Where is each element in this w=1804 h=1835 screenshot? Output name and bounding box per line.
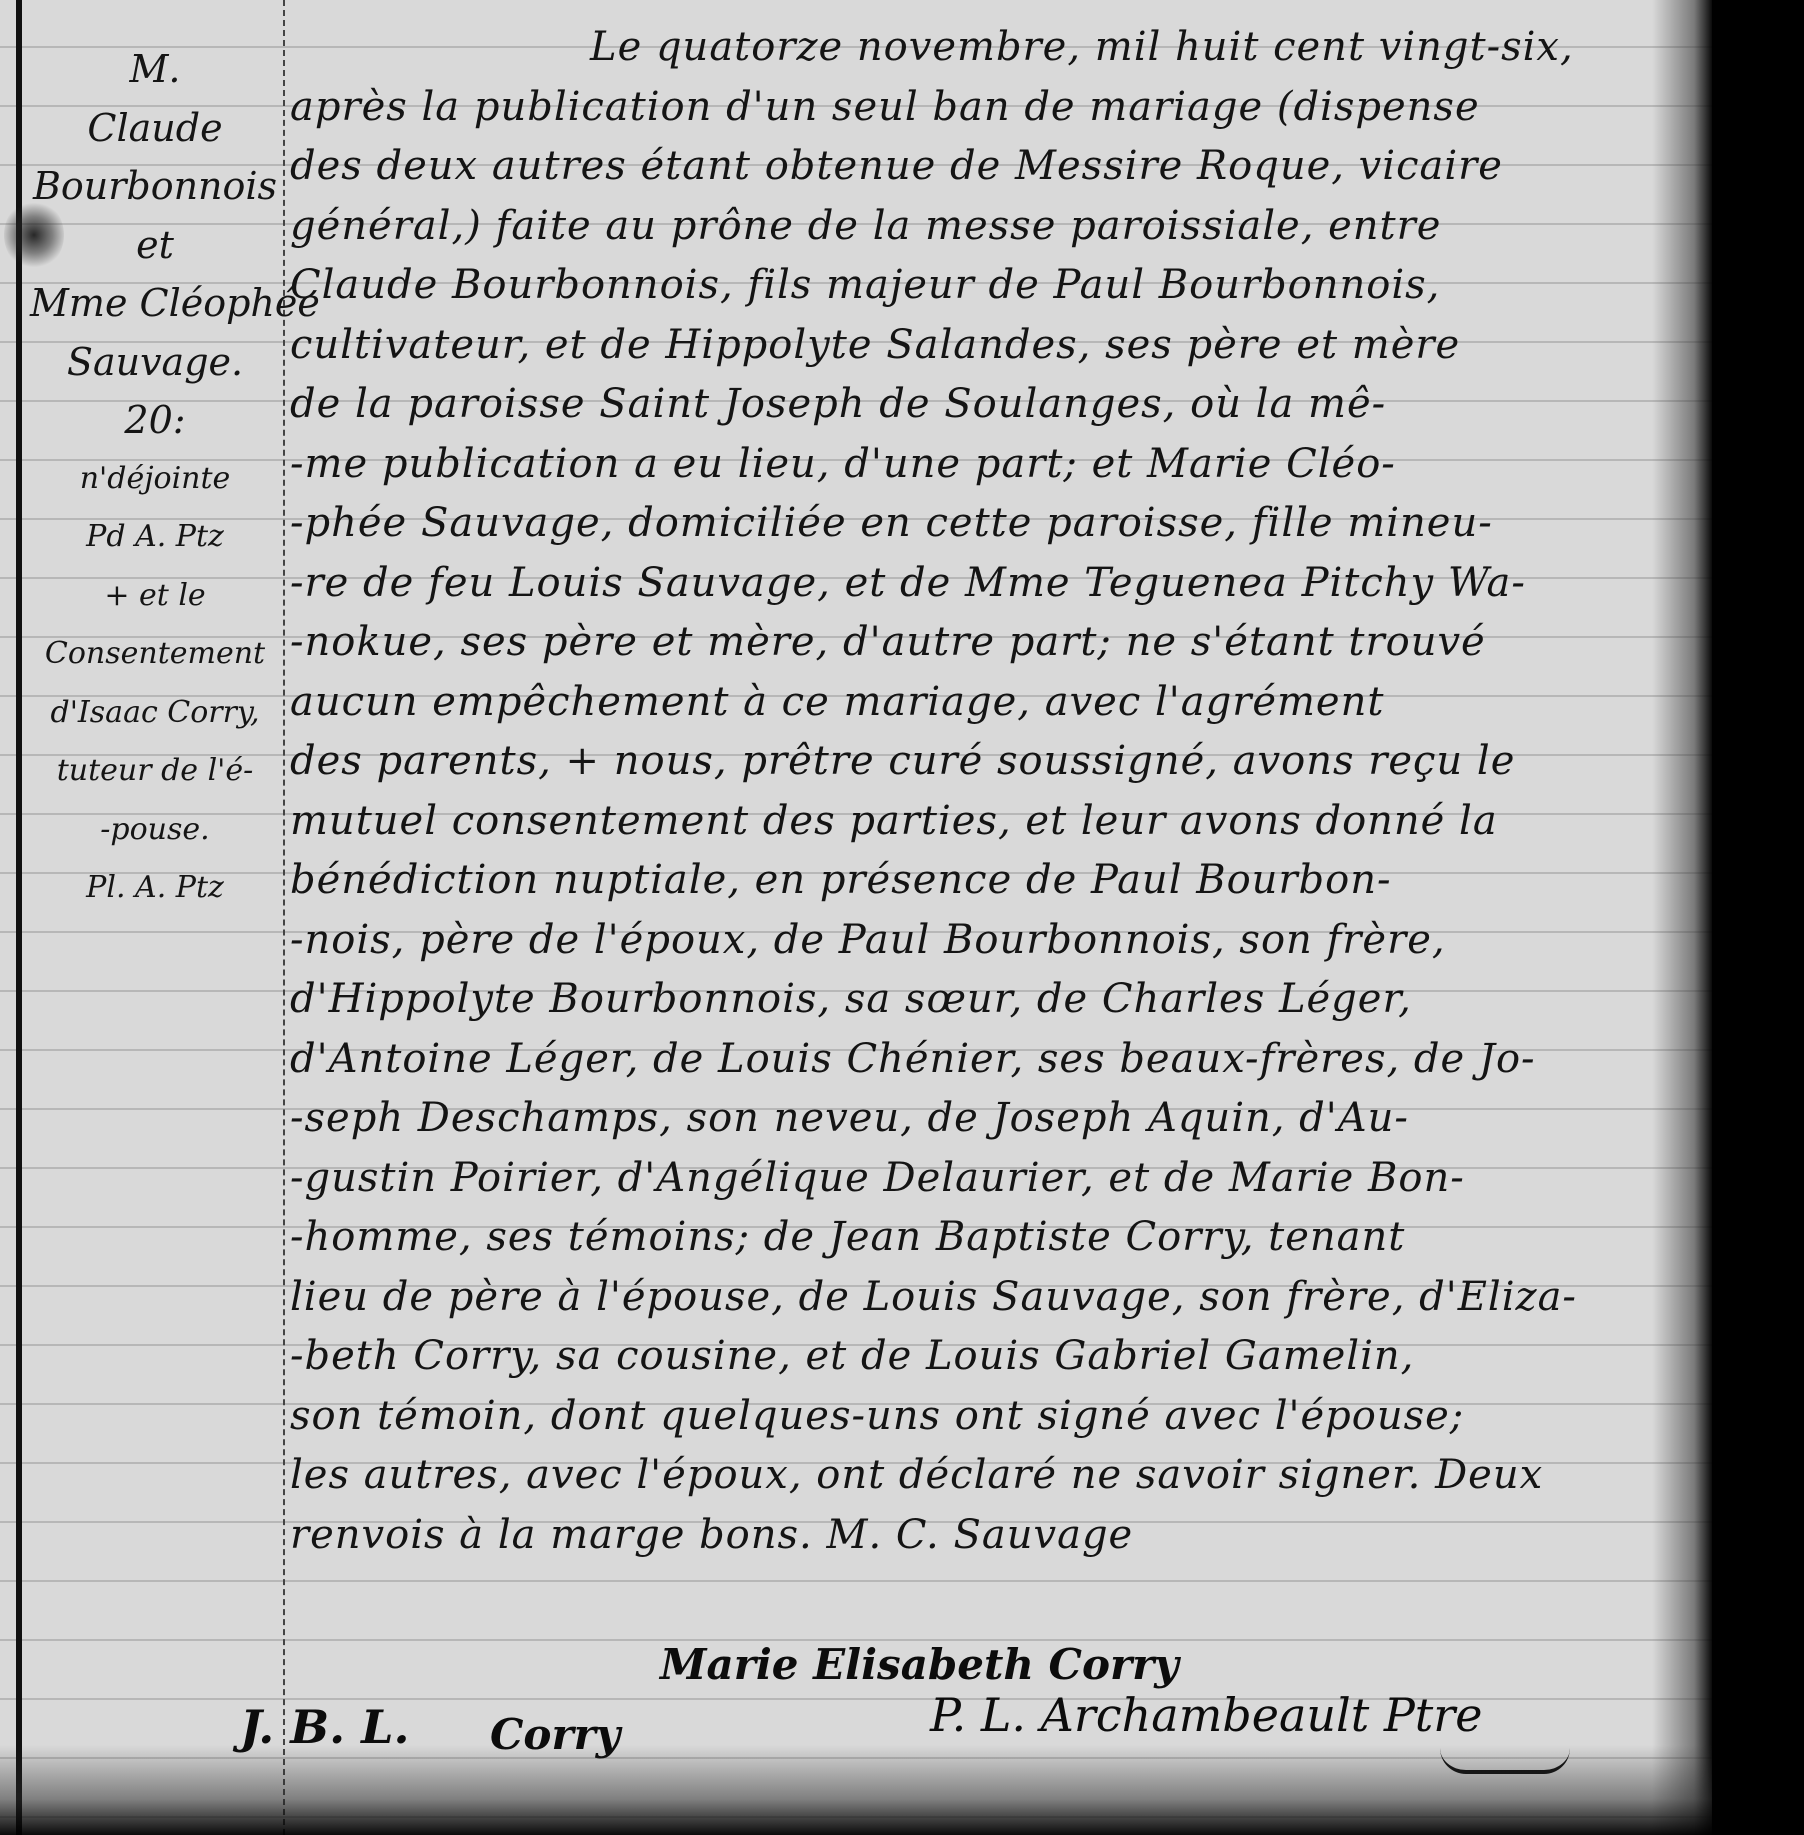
register-page: M. Claude Bourbonnois et Mme Cléophée Sa… [0, 0, 1712, 1835]
page-edge-shadow [1652, 0, 1712, 1835]
margin-entry-number: 20: [30, 391, 280, 450]
text-line: -beth Corry, sa cousine, et de Louis Gab… [290, 1327, 1710, 1387]
text-line: -homme, ses témoins; de Jean Baptiste Co… [290, 1208, 1710, 1268]
text-line: bénédiction nuptiale, en présence de Pau… [290, 851, 1710, 911]
margin-line: Claude [30, 99, 280, 158]
margin-line: Bourbonnois [30, 157, 280, 216]
text-line: -re de feu Louis Sauvage, et de Mme Tegu… [290, 554, 1710, 614]
text-line: cultivateur, et de Hippolyte Salandes, s… [290, 316, 1710, 376]
signature: Marie Elisabeth Corry [660, 1640, 1179, 1689]
margin-line: d'Isaac Corry, [30, 684, 280, 743]
binding-rule [16, 0, 22, 1835]
margin-line: n'déjointe [30, 450, 280, 509]
text-line: d'Hippolyte Bourbonnois, sa sœur, de Cha… [290, 970, 1710, 1030]
text-line: mutuel consentement des parties, et leur… [290, 792, 1710, 852]
text-line: -gustin Poirier, d'Angélique Delaurier, … [290, 1149, 1710, 1209]
text-line: -seph Deschamps, son neveu, de Joseph Aq… [290, 1089, 1710, 1149]
margin-notes: M. Claude Bourbonnois et Mme Cléophée Sa… [30, 40, 280, 918]
signature-priest: P. L. Archambeault Ptre [930, 1688, 1483, 1742]
text-line: lieu de père à l'épouse, de Louis Sauvag… [290, 1268, 1710, 1328]
margin-line: Sauvage. [30, 333, 280, 392]
margin-line: -pouse. [30, 801, 280, 860]
text-line: après la publication d'un seul ban de ma… [290, 78, 1710, 138]
text-line: -nokue, ses père et mère, d'autre part; … [290, 613, 1710, 673]
text-line: aucun empêchement à ce mariage, avec l'a… [290, 673, 1710, 733]
text-line: des deux autres étant obtenue de Messire… [290, 137, 1710, 197]
text-line: -phée Sauvage, domiciliée en cette paroi… [290, 494, 1710, 554]
margin-line: Mme Cléophée [30, 274, 280, 333]
page-edge-shadow [0, 1745, 1712, 1835]
text-line: d'Antoine Léger, de Louis Chénier, ses b… [290, 1030, 1710, 1090]
entry-body: Le quatorze novembre, mil huit cent ving… [290, 18, 1710, 1565]
text-line: -nois, père de l'époux, de Paul Bourbonn… [290, 911, 1710, 971]
margin-initials: Pl. A. Ptz [30, 859, 280, 918]
margin-line: tuteur de l'é- [30, 742, 280, 801]
text-line: général,) faite au prône de la messe par… [290, 197, 1710, 257]
text-line: les autres, avec l'époux, ont déclaré ne… [290, 1446, 1710, 1506]
margin-rule [283, 0, 285, 1835]
text-line: son témoin, dont quelques-uns ont signé … [290, 1387, 1710, 1447]
margin-line: Consentement [30, 625, 280, 684]
margin-line: et [30, 216, 280, 275]
margin-initials: Pd A. Ptz [30, 508, 280, 567]
text-line: de la paroisse Saint Joseph de Soulanges… [290, 375, 1710, 435]
margin-line: M. [30, 40, 280, 99]
text-line: Claude Bourbonnois, fils majeur de Paul … [290, 256, 1710, 316]
margin-line: + et le [30, 567, 280, 626]
text-line: renvois à la marge bons. M. C. Sauvage [290, 1506, 1710, 1566]
text-line: -me publication a eu lieu, d'une part; e… [290, 435, 1710, 495]
text-line: Le quatorze novembre, mil huit cent ving… [290, 18, 1710, 78]
text-line: des parents, + nous, prêtre curé soussig… [290, 732, 1710, 792]
